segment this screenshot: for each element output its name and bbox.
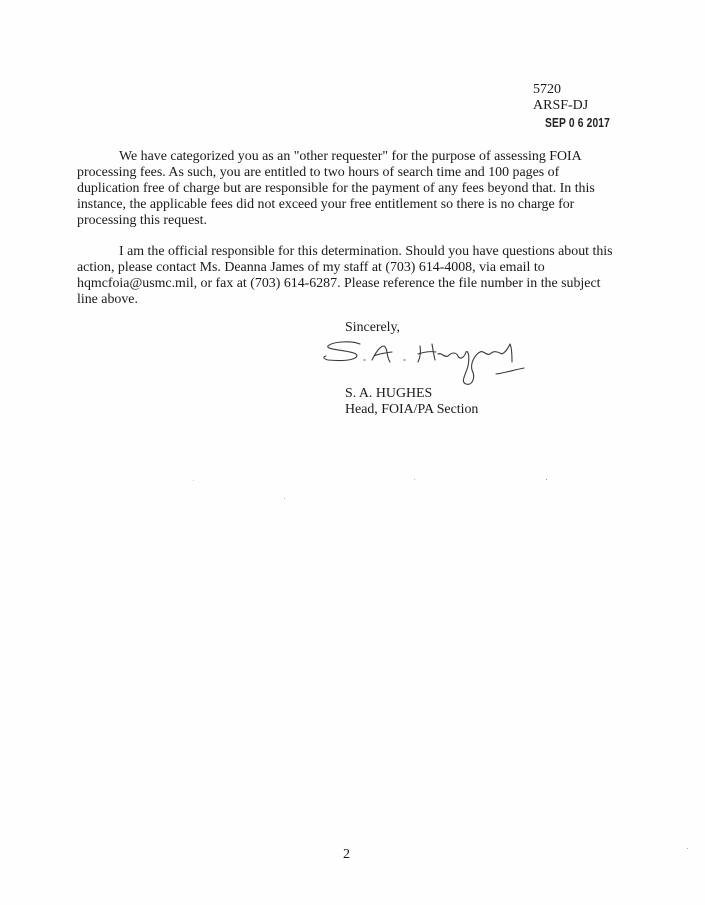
signature-icon bbox=[320, 340, 545, 390]
scan-speck bbox=[193, 480, 194, 481]
file-number: 5720 bbox=[533, 82, 624, 98]
office-code: ARSF-DJ bbox=[533, 98, 624, 114]
letter-page: 5720 ARSF-DJ SEP 0 6 2017 We have catego… bbox=[0, 0, 705, 905]
signer-name: S. A. HUGHES bbox=[345, 386, 478, 402]
paragraph-line: I am the official responsible for this d… bbox=[77, 244, 622, 260]
signer-title: Head, FOIA/PA Section bbox=[345, 402, 478, 418]
paragraph-line: processing fees. As such, you are entitl… bbox=[77, 165, 622, 181]
paragraph-line: duplication free of charge but are respo… bbox=[77, 181, 622, 197]
scan-speck bbox=[546, 479, 547, 480]
paragraph-line: line above. bbox=[77, 292, 622, 308]
scan-speck bbox=[687, 848, 688, 849]
salutation: Sincerely, bbox=[345, 320, 400, 336]
page-number: 2 bbox=[343, 847, 350, 863]
signer-block: S. A. HUGHES Head, FOIA/PA Section bbox=[345, 386, 478, 418]
paragraph-line: We have categorized you as an "other req… bbox=[77, 149, 622, 165]
scan-speck bbox=[414, 479, 415, 480]
paragraph-line: processing this request. bbox=[77, 213, 622, 229]
paragraph-fee-category: We have categorized you as an "other req… bbox=[77, 149, 622, 229]
paragraph-contact-info: I am the official responsible for this d… bbox=[77, 244, 622, 308]
reference-block: 5720 ARSF-DJ SEP 0 6 2017 bbox=[533, 82, 624, 131]
paragraph-line: action, please contact Ms. Deanna James … bbox=[77, 260, 622, 276]
date-stamp: SEP 0 6 2017 bbox=[545, 115, 610, 131]
paragraph-line: instance, the applicable fees did not ex… bbox=[77, 197, 622, 213]
scan-speck bbox=[284, 498, 285, 499]
paragraph-line: hqmcfoia@usmc.mil, or fax at (703) 614-6… bbox=[77, 276, 622, 292]
